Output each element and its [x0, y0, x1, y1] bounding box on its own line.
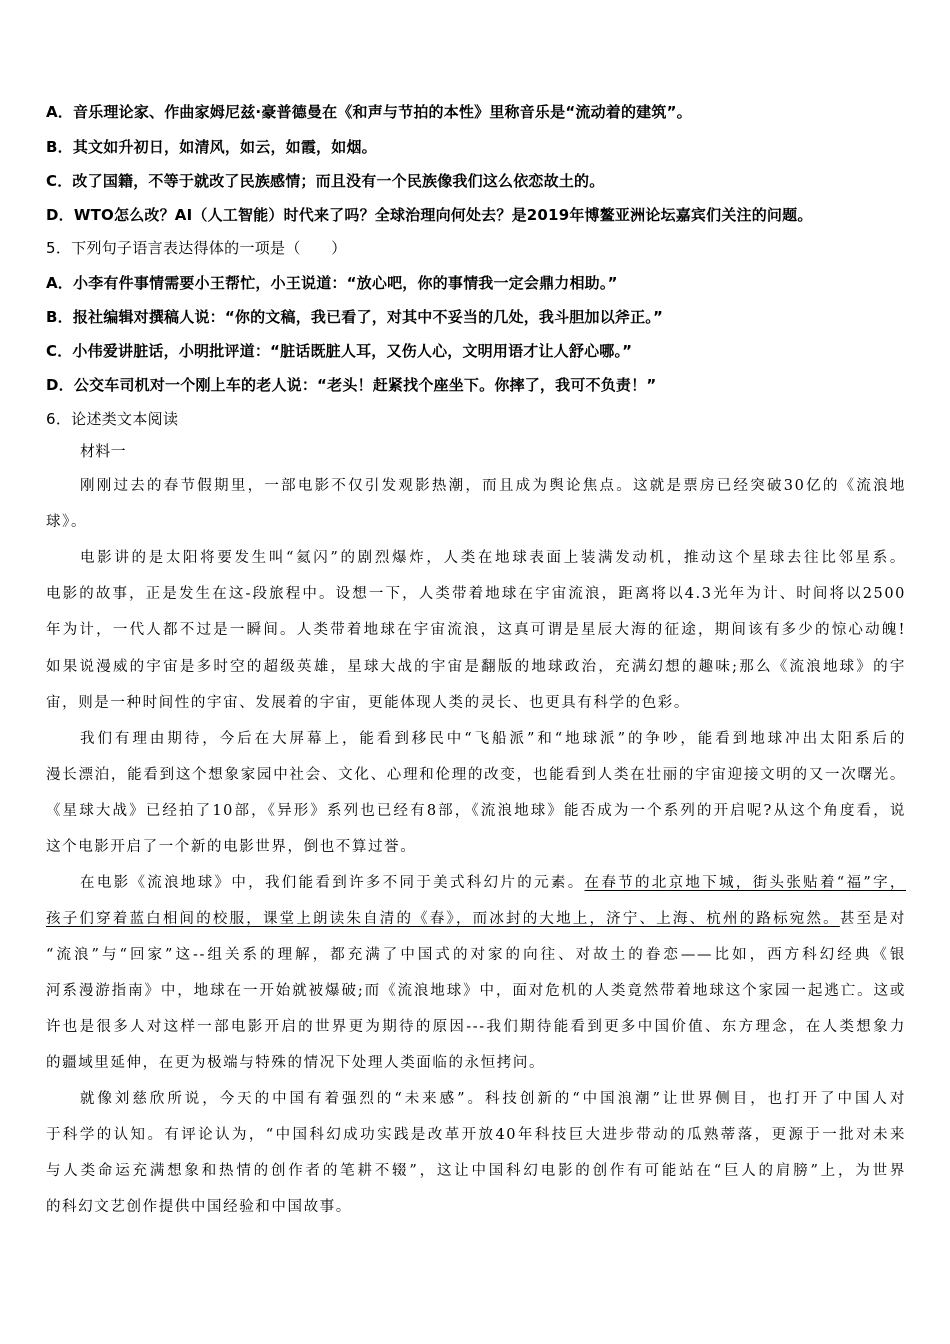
section-title: 论述类文本阅读 [71, 410, 178, 428]
underlined-text: 孩子们穿着蓝白相间的校服，课堂上朗读朱自清的《春》，而冰封的大地上，济宁、上海、… [46, 911, 840, 927]
option-text: 公交车司机对一个刚上车的老人说：“老头！赶紧找个座坐下。你摔了，我可不负责！” [74, 376, 657, 394]
q4-option-d: D．WTO怎么改？AI（人工智能）时代来了吗？全球治理向何处去？是2019年博鳌… [46, 205, 813, 225]
passage-line: 电影的故事，正是发生在这-段旅程中。设想一下，人类带着地球在宇宙流浪，距离将以4… [46, 584, 906, 604]
option-text: 小伟爱讲脏话，小明批评道：“脏话既脏人耳，又伤人心，文明用语才让人舒心哪。” [72, 342, 632, 360]
question-text: 下列句子语言表达得体的一项是（ ） [71, 239, 346, 257]
passage-line: 于科学的认知。有评论认为，“中国科幻成功实践是改革开放40年科技巨大进步带动的瓜… [46, 1125, 906, 1145]
option-text: 小李有件事情需要小王帮忙，小王说道：“放心吧，你的事情我一定会鼎力相助。” [73, 274, 618, 292]
passage-line: “流浪”与“回家”这--组关系的理解，都充满了中国式的对家的向往、对故土的眷恋—… [46, 945, 906, 965]
passage-line: 球》。 [46, 512, 906, 532]
passage-text: 甚至是对 [840, 911, 906, 927]
option-label: D． [46, 376, 74, 394]
question-number: 5． [46, 239, 71, 257]
underlined-text: 在春节的北京地下城，街头张贴着“福”字， [585, 875, 906, 891]
option-text: 改了国籍，不等于就改了民族感情；而且没有一个民族像我们这么依恋故土的。 [72, 172, 604, 190]
q5-option-b: B．报社编辑对撰稿人说：“你的文稿，我已看了，对其中不妥当的几处，我斗胆加以斧正… [46, 307, 663, 327]
q6-heading: 6．论述类文本阅读 [46, 409, 178, 429]
passage-line: 电影讲的是太阳将要发生叫“氦闪”的剧烈爆炸，人类在地球表面上装满发动机，推动这个… [80, 548, 906, 568]
option-text: 其文如升初日，如清风，如云，如霞，如烟。 [73, 138, 377, 156]
option-text: 报社编辑对撰稿人说：“你的文稿，我已看了，对其中不妥当的几处，我斗胆加以斧正。” [73, 308, 663, 326]
passage-line: 我们有理由期待，今后在大屏幕上，能看到移民中“飞船派”和“地球派”的争吵，能看到… [80, 729, 906, 749]
passage-line: 许也是很多人对这样一部电影开启的世界更为期待的原因---我们期待能看到更多中国价… [46, 1017, 906, 1037]
passage-line: 刚刚过去的春节假期里，一部电影不仅引发观影热潮，而且成为舆论焦点。这就是票房已经… [80, 476, 906, 496]
q4-option-c: C．改了国籍，不等于就改了民族感情；而且没有一个民族像我们这么依恋故土的。 [46, 171, 604, 191]
q5-option-a: A．小李有件事情需要小王帮忙，小王说道：“放心吧，你的事情我一定会鼎力相助。” [46, 273, 618, 293]
passage-line: 这个电影开启了一个新的电影世界，倒也不算过誉。 [46, 837, 906, 857]
passage-text: 在电影《流浪地球》中，我们能看到许多不同于美式科幻片的元素。 [80, 875, 585, 891]
q4-option-b: B．其文如升初日，如清风，如云，如霞，如烟。 [46, 137, 377, 157]
passage-line: 如果说漫威的宇宙是多时空的超级英雄，星球大战的宇宙是翻版的地球政治，充满幻想的趣… [46, 657, 906, 677]
option-label: C． [46, 342, 72, 360]
option-text: 音乐理论家、作曲家姆尼兹·豪普德曼在《和声与节拍的本性》里称音乐是“流动着的建筑… [73, 103, 692, 121]
option-label: C． [46, 172, 72, 190]
passage-line: 年为计，一代人都不过是一瞬间。人类带着地球在宇宙流浪，这真可谓是星辰大海的征途，… [46, 620, 906, 640]
q4-option-a: A．音乐理论家、作曲家姆尼兹·豪普德曼在《和声与节拍的本性》里称音乐是“流动着的… [46, 102, 692, 122]
passage-line: 与人类命运充满想象和热情的创作者的笔耕不辍”，这让中国科幻电影的创作有可能站在“… [46, 1161, 906, 1181]
passage-line: 宙，则是一种时间性的宇宙、发展着的宇宙，更能体现人类的灵长、也更具有科学的色彩。 [46, 693, 906, 713]
option-label: A． [46, 274, 73, 292]
passage-line: 河系漫游指南》中，地球在一开始就被爆破;而《流浪地球》中，面对危机的人类竟然带着… [46, 981, 906, 1001]
q5-option-d: D．公交车司机对一个刚上车的老人说：“老头！赶紧找个座坐下。你摔了，我可不负责！… [46, 375, 656, 395]
passage-line: 孩子们穿着蓝白相间的校服，课堂上朗读朱自清的《春》，而冰封的大地上，济宁、上海、… [46, 909, 906, 929]
option-label: D． [46, 206, 74, 224]
passage-line: 的科幻文艺创作提供中国经验和中国故事。 [46, 1197, 906, 1217]
passage-line: 在电影《流浪地球》中，我们能看到许多不同于美式科幻片的元素。在春节的北京地下城，… [80, 873, 906, 893]
question-number: 6． [46, 410, 71, 428]
option-label: A． [46, 103, 73, 121]
passage-line: 漫长漂泊，能看到这个想象家园中社会、文化、心理和伦理的改变，也能看到人类在壮丽的… [46, 765, 906, 785]
option-label: B． [46, 308, 73, 326]
option-text: WTO怎么改？AI（人工智能）时代来了吗？全球治理向何处去？是2019年博鳌亚洲… [74, 206, 813, 224]
passage-line: 就像刘慈欣所说，今天的中国有着强烈的“未来感”。科技创新的“中国浪潮”让世界侧目… [80, 1089, 906, 1109]
passage-line: 的疆域里延伸，在更为极端与特殊的情况下处理人类面临的永恒拷问。 [46, 1053, 906, 1073]
q5-stem: 5．下列句子语言表达得体的一项是（ ） [46, 238, 347, 258]
passage-line: 《星球大战》已经拍了10部，《异形》系列也已经有8部，《流浪地球》能否成为一个系… [46, 801, 906, 821]
option-label: B． [46, 138, 73, 156]
material-label: 材料一 [80, 441, 126, 461]
q5-option-c: C．小伟爱讲脏话，小明批评道：“脏话既脏人耳，又伤人心，文明用语才让人舒心哪。” [46, 341, 632, 361]
